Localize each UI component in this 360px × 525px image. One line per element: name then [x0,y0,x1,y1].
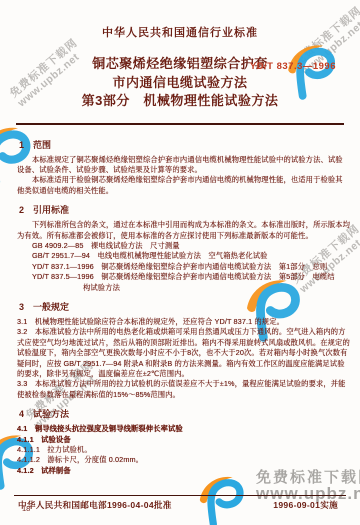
footer-row: 中华人民共和国邮电部1996-04-04批准 1996-09-01实施 [0,499,360,511]
reference-item: YD/T 837.5—1996 铜芯聚烯烃绝缘铝塑综合护套市内通信电缆试验方法 … [17,272,343,282]
text-line: 下列标准所包含的条文，通过在本标准中引用而构成为本标准的条文。本标准出版时，所示… [17,220,343,230]
text-line: 3.1 机械物理性能试验除应符合本标准的规定外，还应符合 YD/T 837.1 … [17,317,343,327]
title-line-2: 市内通信电缆试验方法 [0,74,360,93]
subsection-heading: 4.1.1 试验设备 [17,435,343,445]
text-line: 为有效。所有标准都会被修订，使用本标准的各方应探讨使用下列标准最新版本的可能性。 [17,231,343,241]
reference-item: GB/T 2951.7—94 电线电缆机械物理性能试验方法 空气箱热老化试验 [17,251,343,261]
document-footer: 中华人民共和国邮电部1996-04-04批准 1996-09-01实施 18 [0,495,360,511]
standard-number: YD/T 837.3—1996 [250,61,336,72]
text-line: 3.3 本标准试验方法中所用的拉力试验机的示值误差应不大于±1%，量程应能满足试… [17,379,343,389]
page-number: 18 [22,504,30,513]
document-body: 中华人民共和国通信行业标准 铜芯聚烯烃绝缘铝塑综合护套 市内通信电缆试验方法 第… [0,0,360,476]
document-page: 免费标准下载网 www.upbz.net 免费标准下载网 www.upbz.ne… [0,0,360,525]
approval-text: 中华人民共和国邮电部1996-04-04批准 [18,499,172,511]
subsection-heading: 4.1.2 试样制备 [17,466,343,476]
section-2-heading: 2 引用标准 [19,203,343,216]
reference-item: GB 4909.2—85 裸电线试验方法 尺寸测量 [17,241,343,251]
text-line: 3.2 本标准试验方法中所用的电热老化箱或烘箱可采用自然通风或压力下通风的。空气… [17,327,343,337]
standard-type-label: 中华人民共和国通信行业标准 [0,24,360,40]
text-line: 试验温度下，箱内全部空气更换次数每小时应不小于8次，也不大于20次。若对箱内每小… [17,348,343,358]
text-line: 4.1.1.2 游标卡尺，分度值 0.02mm。 [17,455,343,465]
text-line: 本标准规定了铜芯聚烯烃绝缘铝塑综合护套市内通信电缆机械物理性能试验中的试验方法、… [17,155,343,165]
section-1-heading: 1 范围 [19,138,343,151]
reference-item: YD/T 837.1—1996 铜芯聚烯烃绝缘铝塑综合护套市内通信电缆试验方法 … [17,262,343,272]
text-line: 他类似通信电缆的相关性能。 [17,186,343,196]
title-line-3: 第3部分 机械物理性能试验方法 [0,92,360,111]
reference-item-continuation: 构试验方法 [17,283,343,293]
text-line: 本标准适用于检验铜芯聚烯烃绝缘铝塑综合护套市内通信电缆的机械物理性能，也适用于检… [17,175,343,185]
document-header: 中华人民共和国通信行业标准 铜芯聚烯烃绝缘铝塑综合护套 市内通信电缆试验方法 第… [0,0,360,111]
implementation-text: 1996-09-01实施 [273,499,338,511]
text-line: 的要求，除非另有规定，温度偏差应在±2℃范围内。 [17,369,343,379]
section-3-heading: 3 一般规定 [19,300,343,313]
subsection-heading: 4.1 铜导线接头抗拉强度及铜导线断裂伸长率试验 [17,424,343,434]
text-line: 4.1.1.1 拉力试验机。 [17,445,343,455]
document-content: 1 范围 本标准规定了铜芯聚烯烃绝缘铝塑综合护套市内通信电缆机械物理性能试验中的… [0,125,360,477]
footer-divider [14,495,346,496]
text-line: 设备、试验条件、试验步骤、试验结果及计算等的要求。 [17,165,343,175]
text-line: 使被检参数落在量程满标值的15%～85%范围内。 [17,390,343,400]
section-4-heading: 4 试验方法 [19,407,343,420]
text-line: 疑问时，应按 GB/T 2951.7—94 附录A 和附录B 的方法来测量。箱内… [17,359,343,369]
text-line: 式应使空气均匀地流过试片，然后从箱的顶部附近排出。箱内不得采用旋转式风扇或散风机… [17,338,343,348]
